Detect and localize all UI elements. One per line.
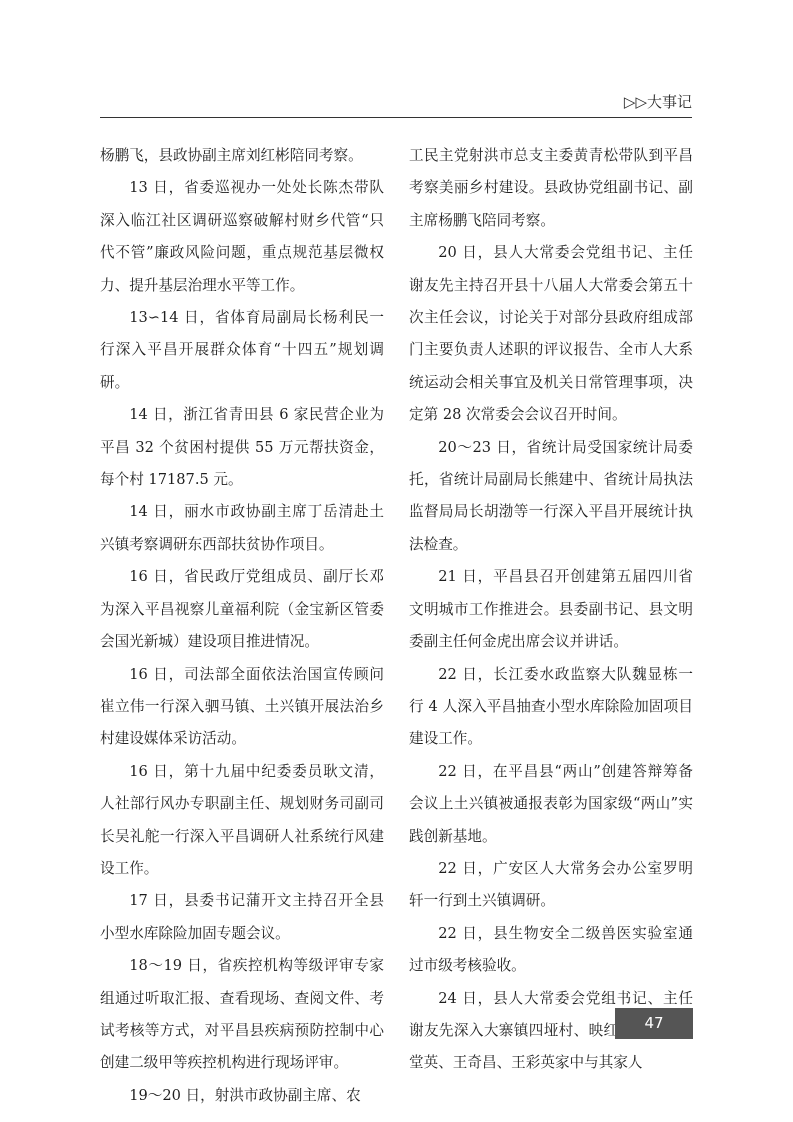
paragraph: 22 日，广安区人大常务会办公室罗明轩一行到土兴镇调研。	[409, 853, 693, 918]
paragraph: 16 日，司法部全面依法治国宣传顾问崔立伟一行深入驷马镇、土兴镇开展法治乡村建设…	[100, 659, 384, 756]
left-column: 杨鹏飞，县政协副主席刘红彬陪同考察。 13 日，省委巡视办一处处长陈杰带队深入临…	[100, 140, 384, 1112]
paragraph: 21 日，平昌县召开创建第五届四川省文明城市工作推进会。县委副书记、县文明委副主…	[409, 561, 693, 658]
paragraph: 14 日，浙江省青田县 6 家民营企业为平昌 32 个贫困村提供 55 万元帮扶…	[100, 399, 384, 496]
paragraph: 19～20 日，射洪市政协副主席、农	[100, 1080, 384, 1112]
paragraph: 22 日，县生物安全二级兽医实验室通过市级考核验收。	[409, 918, 693, 983]
paragraph: 16 日，省民政厅党组成员、副厅长邓为深入平昌视察儿童福利院（金宝新区管委会国光…	[100, 561, 384, 658]
paragraph: 13∽14 日，省体育局副局长杨利民一行深入平昌开展群众体育“十四五”规划调研。	[100, 302, 384, 399]
right-column: 工民主党射洪市总支主委黄青松带队到平昌考察美丽乡村建设。县政协党组副书记、副主席…	[409, 140, 693, 1080]
paragraph: 工民主党射洪市总支主委黄青松带队到平昌考察美丽乡村建设。县政协党组副书记、副主席…	[409, 140, 693, 237]
paragraph: 杨鹏飞，县政协副主席刘红彬陪同考察。	[100, 140, 384, 172]
paragraph: 20 日，县人大常委会党组书记、主任谢友先主持召开县十八届人大常委会第五十次主任…	[409, 237, 693, 431]
paragraph: 13 日，省委巡视办一处处长陈杰带队深入临江社区调研巡察破解村财乡代管“只代不管…	[100, 172, 384, 302]
paragraph: 22 日，在平昌县“两山”创建答辩筹备会议上土兴镇被通报表彰为国家级“两山”实践…	[409, 756, 693, 853]
paragraph: 22 日，长江委水政监察大队魏显栋一行 4 人深入平昌抽查小型水库除险加固项目建…	[409, 659, 693, 756]
section-title: 大事记	[647, 93, 692, 111]
paragraph: 14 日，丽水市政协副主席丁岳清赴土兴镇考察调研东西部扶贫协作项目。	[100, 496, 384, 561]
paragraph: 18～19 日，省疾控机构等级评审专家组通过听取汇报、查看现场、查阅文件、考试考…	[100, 950, 384, 1080]
paragraph: 16 日，第十九届中纪委委员耿文清，人社部行风办专职副主任、规划财务司副司长吴礼…	[100, 756, 384, 886]
running-header: ▷▷大事记	[100, 92, 692, 118]
page-number: 47	[615, 1008, 693, 1039]
section-marker-icon: ▷▷	[624, 93, 647, 111]
paragraph: 17 日，县委书记蒲开文主持召开全县小型水库除险加固专题会议。	[100, 885, 384, 950]
paragraph: 20～23 日，省统计局受国家统计局委托，省统计局副局长熊建中、省统计局执法监督…	[409, 432, 693, 562]
